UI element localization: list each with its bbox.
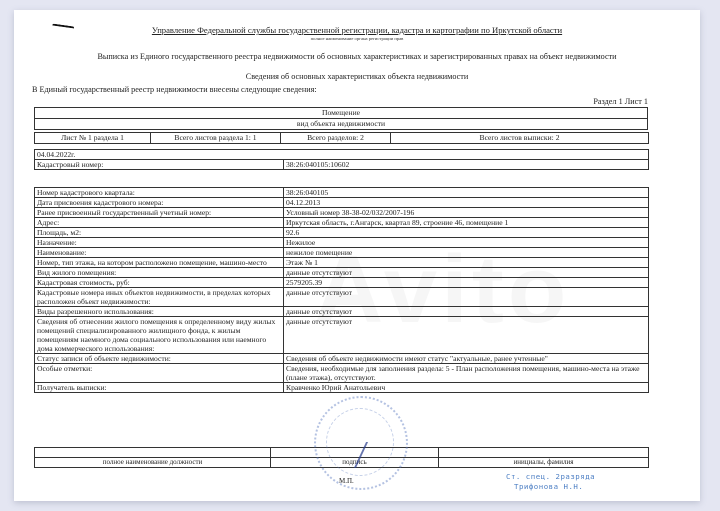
- sheets-table: Лист № 1 раздела 1 Всего листов раздела …: [34, 132, 649, 144]
- section-title: Сведения об основных характеристиках объ…: [14, 72, 700, 81]
- row-value: нежилое помещение: [284, 248, 649, 258]
- row-value: 38:26:040105: [284, 188, 649, 198]
- row-value: Этаж № 1: [284, 258, 649, 268]
- extract-date: 04.04.2022г.: [35, 150, 649, 160]
- row-value: данные отсутствуют: [284, 268, 649, 278]
- row-value: данные отсутствуют: [284, 307, 649, 317]
- row-label: Особые отметки:: [35, 364, 284, 383]
- document-page: Avito Управление Федеральной службы госу…: [14, 10, 700, 501]
- row-value: 04.12.2013: [284, 198, 649, 208]
- row-label: Адрес:: [35, 218, 284, 228]
- row-label: Номер, тип этажа, на котором расположено…: [35, 258, 284, 268]
- table-row: Номер кадастрового квартала:38:26:040105: [35, 188, 649, 198]
- object-type: Помещение: [35, 108, 648, 119]
- row-label: Кадастровые номера иных объектов недвижи…: [35, 288, 284, 307]
- row-value: данные отсутствуют: [284, 288, 649, 307]
- table-row: Виды разрешенного использования:данные о…: [35, 307, 649, 317]
- table-row: Площадь, м2:92.6: [35, 228, 649, 238]
- table-row: Статус записи об объекте недвижимости:Св…: [35, 354, 649, 364]
- row-value: 92.6: [284, 228, 649, 238]
- official-stamp: Ст. спец. 2разряда Трифонова Н.Н.: [506, 472, 595, 492]
- row-label: Площадь, м2:: [35, 228, 284, 238]
- row-value: данные отсутствуют: [284, 317, 649, 354]
- sheets-in-section: Всего листов раздела 1: 1: [151, 133, 281, 144]
- table-row: Номер, тип этажа, на котором расположено…: [35, 258, 649, 268]
- table-row: Сведения об отнесении жилого помещения к…: [35, 317, 649, 354]
- cadastral-number-value: 38:26:040105:10602: [284, 160, 649, 170]
- organization-title: Управление Федеральной службы государств…: [14, 25, 700, 35]
- total-sections: Всего разделов: 2: [281, 133, 391, 144]
- row-label: Назначение:: [35, 238, 284, 248]
- row-value: Сведения об объекте недвижимости имеют с…: [284, 354, 649, 364]
- position-blank: [35, 448, 271, 458]
- table-row: Вид жилого помещения:данные отсутствуют: [35, 268, 649, 278]
- row-value: Условный номер 38-38-02/032/2007-196: [284, 208, 649, 218]
- row-value: Нежилое: [284, 238, 649, 248]
- table-row: Назначение:Нежилое: [35, 238, 649, 248]
- row-label: Вид жилого помещения:: [35, 268, 284, 278]
- sheet-number: Лист № 1 раздела 1: [35, 133, 151, 144]
- row-value: Кравченко Юрий Анатольевич: [284, 383, 649, 393]
- table-row: Кадастровые номера иных объектов недвижи…: [35, 288, 649, 307]
- table-row: Наименование:нежилое помещение: [35, 248, 649, 258]
- row-label: Виды разрешенного использования:: [35, 307, 284, 317]
- date-cadastral-table: 04.04.2022г. Кадастровый номер: 38:26:04…: [34, 149, 649, 170]
- document-title: Выписка из Единого государственного реес…: [14, 52, 700, 61]
- row-value: 2579205.39: [284, 278, 649, 288]
- row-value: Сведения, необходимые для заполнения раз…: [284, 364, 649, 383]
- row-label: Сведения об отнесении жилого помещения к…: [35, 317, 284, 354]
- characteristics-table: Номер кадастрового квартала:38:26:040105…: [34, 187, 649, 393]
- table-row: Особые отметки:Сведения, необходимые для…: [35, 364, 649, 383]
- section-sheet-label: Раздел 1 Лист 1: [593, 97, 648, 106]
- table-row: Ранее присвоенный государственный учетны…: [35, 208, 649, 218]
- name-blank: [439, 448, 649, 458]
- row-label: Статус записи об объекте недвижимости:: [35, 354, 284, 364]
- object-type-caption: вид объекта недвижимости: [35, 119, 648, 130]
- table-row: Кадастровая стоимость, руб:2579205.39: [35, 278, 649, 288]
- stamp-position: Ст. спец. 2разряда: [506, 472, 595, 482]
- row-label: Номер кадастрового квартала:: [35, 188, 284, 198]
- name-caption: инициалы, фамилия: [439, 458, 649, 468]
- row-label: Ранее присвоенный государственный учетны…: [35, 208, 284, 218]
- intro-text: В Единый государственный реестр недвижим…: [32, 85, 317, 94]
- total-sheets: Всего листов выписки: 2: [391, 133, 649, 144]
- object-type-table: Помещение вид объекта недвижимости: [34, 107, 648, 130]
- row-label: Дата присвоения кадастрового номера:: [35, 198, 284, 208]
- row-label: Наименование:: [35, 248, 284, 258]
- table-row: Адрес:Иркутская область, г.Ангарск, квар…: [35, 218, 649, 228]
- table-row: Дата присвоения кадастрового номера:04.1…: [35, 198, 649, 208]
- row-label: Кадастровая стоимость, руб:: [35, 278, 284, 288]
- stamp-name: Трифонова Н.Н.: [506, 482, 595, 492]
- row-label: Получатель выписки:: [35, 383, 284, 393]
- cadastral-number-label: Кадастровый номер:: [35, 160, 284, 170]
- table-row: Получатель выписки:Кравченко Юрий Анатол…: [35, 383, 649, 393]
- position-caption: полное наименование должности: [35, 458, 271, 468]
- organization-subtitle: полное наименование органа регистрации п…: [14, 36, 700, 41]
- row-value: Иркутская область, г.Ангарск, квартал 89…: [284, 218, 649, 228]
